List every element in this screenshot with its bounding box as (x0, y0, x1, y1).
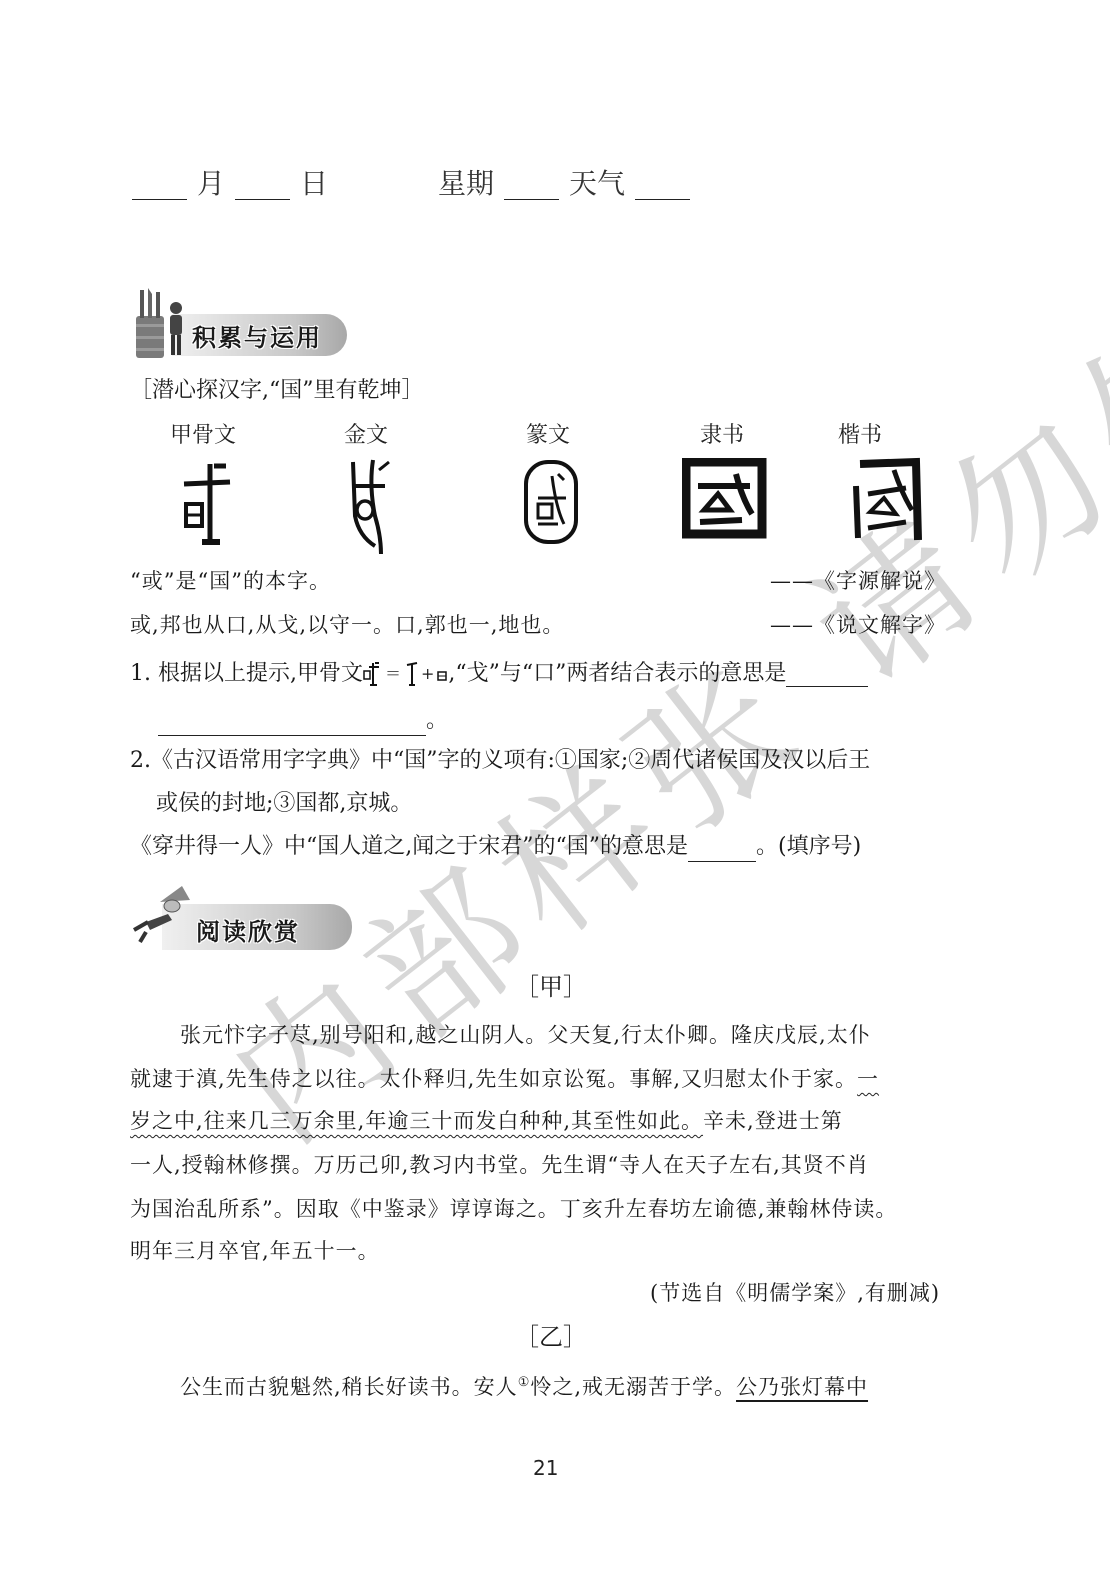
weather-blank[interactable] (635, 169, 690, 200)
passage-a-line-3: 岁之中,往来几三万余里,年逾三十而发白种种,其至性如此。辛未,登进士第 (130, 1106, 843, 1136)
oracle-bone-guo-glyph (180, 460, 240, 550)
q2-line-1: 2.《古汉语常用字字典》中“国”字的义项有:①国家;②周代诸侯国及汉以后王 (130, 746, 870, 776)
script-evolution-row: 甲骨文 金文 篆文 隶书 楷书 (150, 418, 950, 558)
weather-label: 天气 (569, 168, 625, 200)
clerical-guo-glyph (682, 458, 768, 540)
wavy-underlined-sentence: 岁之中,往来几三万余里,年逾三十而发白种种,其至性如此。 (130, 1109, 703, 1133)
passage-a-line-1: 张元忭字子荩,别号阳和,越之山阴人。父天复,行太仆卿。隆庆戊辰,太仆 (180, 1020, 871, 1050)
quote-2-text: 或,邦也从口,从戈,以守一。口,郭也一,地也。 (130, 610, 564, 640)
q2-line-2: 或侯的封地;③国都,京城。 (156, 789, 412, 819)
regular-guo-glyph (850, 456, 926, 546)
passage-a-line-2: 就逮于滇,先生侍之以往。太仆释归,先生如京讼冤。事解,又归慰太仆于家。一 (130, 1064, 879, 1094)
day-label: 日 (300, 168, 328, 200)
day-blank[interactable] (235, 169, 290, 200)
script-label-clerical: 隶书 (700, 418, 744, 449)
ge-weapon-icon (405, 661, 419, 687)
passage-b-line-1: 公生而古貌魁然,稍长好读书。安人①怜之,戒无溺苦于学。公乃张灯幕中 (180, 1368, 868, 1402)
question-1: 1. 根据以上提示,甲骨文 ＝ + ,“戈”与“口”两者结合表示的意思是 (130, 659, 868, 689)
section-banner-accumulation: 积累与运用 (132, 288, 352, 360)
oracle-bone-guo-small-icon (363, 661, 381, 687)
quote-2-source: ——《说文解字》 (770, 610, 946, 640)
passage-b-prefix: 公生而古貌魁然,稍长好读书。安人 (180, 1375, 518, 1399)
q2-line-3: 《穿井得一人》中“国人道之,闻之于宋君”的“国”的意思是 。(填序号) (130, 832, 861, 862)
quote-1-text: “或”是“国”的本字。 (130, 566, 331, 596)
question-1-line-2: 。 (158, 706, 448, 736)
q1-plus: + (421, 659, 434, 689)
month-blank[interactable] (132, 169, 187, 200)
pencil-cup-girl-icon (132, 288, 192, 360)
page-number: 21 (533, 1456, 558, 1480)
kou-mouth-icon (436, 664, 448, 684)
q1-answer-blank-2[interactable] (158, 713, 426, 736)
passage-b-mid: 怜之,戒无溺苦于学。 (530, 1375, 736, 1399)
bronze-guo-glyph (345, 456, 395, 556)
quote-1-source: ——《字源解说》 (770, 566, 946, 596)
q1-equals: ＝ (385, 659, 401, 689)
passage-a-source: (节选自《明儒学案》,有删减) (650, 1278, 940, 1308)
q2-line3-prefix: 《穿井得一人》中“国人道之,闻之于宋君”的“国”的意思是 (130, 832, 688, 862)
passage-a-line-2-text: 就逮于滇,先生侍之以往。太仆释归,先生如京讼冤。事解,又归慰太仆于家。 (130, 1067, 857, 1091)
passage-a-line-5: 为国治乱所系”。因取《中鉴录》谆谆诲之。丁亥升左春坊左谕德,兼翰林侍读。 (130, 1194, 897, 1224)
banner-title: 阅读欣赏 (196, 912, 300, 947)
weekday-label: 星期 (438, 168, 494, 200)
passage-b-title: ［乙］ (515, 1322, 587, 1352)
passage-a-line-6: 明年三月卒官,年五十一。 (130, 1236, 380, 1266)
banner-title: 积累与运用 (192, 318, 322, 353)
date-weather-header: 月 日 星期 天气 (132, 160, 690, 200)
passage-a-title: ［甲］ (515, 972, 587, 1002)
script-label-bronze: 金文 (344, 418, 388, 449)
q2-line3-suffix: 。(填序号) (756, 832, 861, 862)
underlined-sentence: 公乃张灯幕中 (736, 1375, 868, 1399)
footnote-marker[interactable]: ① (518, 1375, 531, 1390)
script-label-regular: 楷书 (838, 418, 882, 449)
wavy-underline-start: 一 (857, 1067, 879, 1091)
script-label-oracle: 甲骨文 (170, 418, 236, 449)
q1-middle: ,“戈”与“口”两者结合表示的意思是 (448, 659, 786, 689)
topic-heading: ［潜心探汉字,“国”里有乾坤］ (130, 376, 424, 406)
q1-end: 。 (426, 706, 448, 736)
seal-guo-glyph (522, 458, 582, 548)
section-banner-reading: 阅读欣赏 (132, 884, 362, 954)
q2-answer-blank[interactable] (688, 837, 756, 862)
passage-a-line-4: 一人,授翰林修撰。万历己卯,教习内书堂。先生谓“寺人在天子左右,其贤不肖 (130, 1150, 869, 1180)
flying-reader-icon (132, 884, 202, 954)
q1-prefix: 1. 根据以上提示,甲骨文 (130, 659, 363, 689)
script-label-seal: 篆文 (526, 418, 570, 449)
passage-a-line-3-tail: 辛未,登进士第 (703, 1109, 843, 1133)
month-label: 月 (197, 168, 225, 200)
q1-answer-blank-1[interactable] (786, 662, 868, 687)
weekday-blank[interactable] (504, 169, 559, 200)
